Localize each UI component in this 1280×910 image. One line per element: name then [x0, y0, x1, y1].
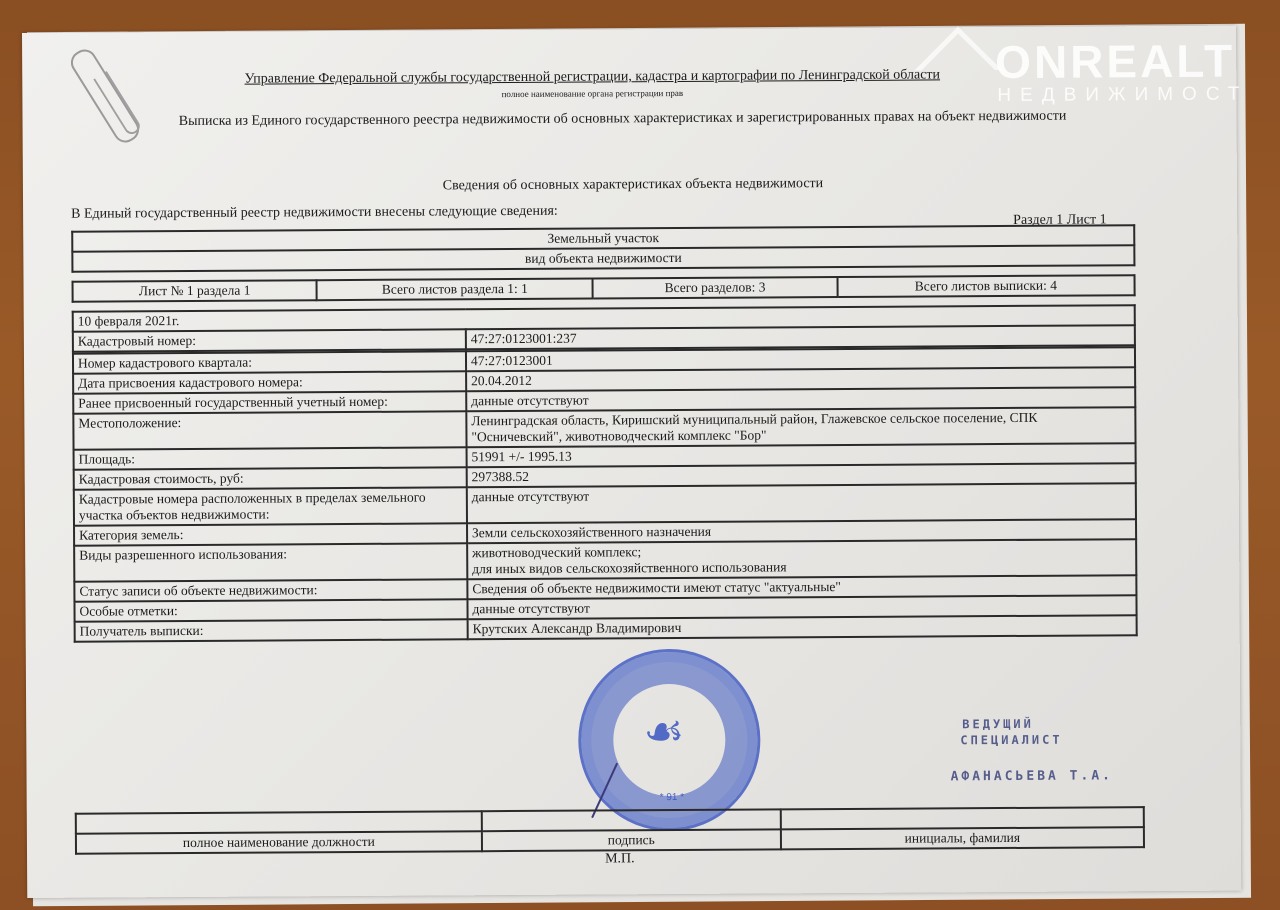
sheet-info-table: Лист № 1 раздела 1 Всего листов раздела … — [72, 274, 1136, 302]
row-label: Местоположение: — [73, 411, 466, 449]
signer-position-line1: ВЕДУЩИЙ — [962, 717, 1034, 731]
row-label: Виды разрешенного использования: — [74, 543, 467, 581]
characteristics-table: Номер кадастрового квартала:47:27:012300… — [72, 346, 1138, 642]
sheet-number: Лист № 1 раздела 1 — [73, 280, 317, 301]
cadastral-number-value: 47:27:0123001:237 — [466, 325, 1135, 349]
row-value: животноводческий комплекс;для иных видов… — [467, 539, 1136, 579]
seal-place: М.П. — [605, 851, 635, 867]
row-value: Ленинградская область, Киришский муницип… — [466, 407, 1135, 447]
stamp-number: * 91 * — [660, 792, 685, 803]
watermark-title: ONREALT — [995, 34, 1235, 89]
organization-name: Управление Федеральной службы государств… — [242, 67, 942, 87]
extract-sheets-total: Всего листов выписки: 4 — [837, 275, 1135, 297]
row-label: Номер кадастрового квартала: — [73, 351, 466, 373]
row-label: Площадь: — [74, 447, 467, 469]
sections-total: Всего разделов: 3 — [593, 277, 837, 298]
eagle-emblem-icon: ☙ — [643, 704, 685, 758]
organization-caption: полное наименование органа регистрации п… — [242, 86, 942, 100]
date-table: 10 февраля 2021г. Кадастровый номер: 47:… — [72, 304, 1136, 352]
section-sheets-total: Всего листов раздела 1: 1 — [317, 279, 593, 301]
position-caption: полное наименование должности — [76, 831, 482, 853]
use-type-2: для иных видов сельскохозяйственного исп… — [472, 557, 1131, 577]
row-label: Кадастровая стоимость, руб: — [74, 467, 467, 489]
row-label: Кадастровые номера расположенных в преде… — [74, 487, 467, 525]
name-caption: инициалы, фамилия — [781, 827, 1144, 849]
signature-table: полное наименование должности подпись ин… — [75, 806, 1145, 855]
row-label: Особые отметки: — [74, 599, 467, 621]
section-title: Сведения об основных характеристиках объ… — [283, 175, 983, 195]
signature-caption: подпись — [482, 829, 781, 851]
cadastral-number-label: Кадастровый номер: — [73, 329, 466, 351]
official-stamp: ☙ * 91 * — [578, 649, 761, 832]
signer-position-line2: СПЕЦИАЛИСТ — [960, 733, 1062, 748]
intro-text: В Единый государственный реестр недвижим… — [71, 204, 558, 223]
watermark-subtitle: НЕДВИЖИМОСТ — [997, 84, 1248, 108]
object-type-table: Земельный участок вид объекта недвижимос… — [71, 224, 1135, 272]
row-value: данные отсутствуют — [467, 483, 1136, 523]
row-label: Дата присвоения кадастрового номера: — [73, 371, 466, 393]
signer-name: АФАНАСЬЕВА Т.А. — [951, 768, 1113, 784]
row-label: Статус записи об объекте недвижимости: — [74, 579, 467, 601]
watermark: ONREALT НЕДВИЖИМОСТ — [927, 34, 1247, 116]
row-label: Получатель выписки: — [75, 619, 468, 641]
document-title: Выписка из Единого государственного реес… — [142, 108, 1102, 130]
row-value: Крутских Александр Владимирович — [468, 615, 1137, 639]
row-label: Категория земель: — [74, 523, 467, 545]
row-label: Ранее присвоенный государственный учетны… — [73, 391, 466, 413]
document-page: ONREALT НЕДВИЖИМОСТ Управление Федеральн… — [22, 26, 1241, 898]
